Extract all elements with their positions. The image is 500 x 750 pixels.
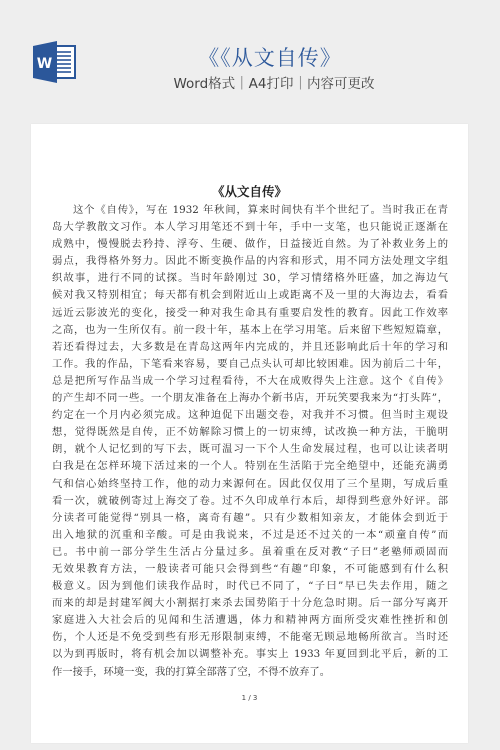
text-line: 工作。我的作品，下笔看来容易，要自己点头认可却比较困难。因为前后二十年， <box>52 356 448 373</box>
document-body: 这个《自传》，写在 1932 年秋间，算来时间快有半个世纪了。当时我正在青 岛大… <box>52 202 448 681</box>
text-line: 作一接手，环境一变，我的打算全部落了空，不得不放弃了。 <box>52 664 448 681</box>
page-title: 《《从文自传》 <box>0 42 500 72</box>
text-line: 织故事，进行不同的试探。当时年龄刚过 30，学习情绪格外旺盛，加之海边气 <box>52 270 448 287</box>
text-line: 而来的却是封建军阀大小割据打来杀去国势陷于十分危急时期。后一部分写离开 <box>52 595 448 612</box>
text-line: 以为到再版时，将有机会加以调整补充。事实上 1933 年夏回到北平后，新的工 <box>52 646 448 663</box>
text-line: 分读者可能觉得“别具一格，离奇有趣”。只有少数相知亲友，才能体会到近于 <box>52 510 448 527</box>
text-line: 已。书中前一部分学生生活占分量过多。虽着重在反对教“子曰”老塾师顽固而 <box>52 544 448 561</box>
text-line: 之高，也为一生所仅有。前一段十年，基本上在学习用笔。后来留下些短短篇章， <box>52 322 448 339</box>
text-line: 这个《自传》，写在 1932 年秋间，算来时间快有半个世纪了。当时我正在青 <box>52 202 448 219</box>
format-subtitle: Word格式｜A4打印｜内容可更改 <box>0 72 500 92</box>
document-title: 《从文自传》 <box>31 182 468 200</box>
text-line: 岛大学教散文习作。本人学习用笔还不到十年，手中一支笔，也只能说正逐渐在 <box>52 219 448 236</box>
text-line: 白我是在怎样环境下活过来的一个人。特别在生活陷于完全绝望中，还能充满勇 <box>52 458 448 475</box>
text-line: 约定在一个月内必须完成。这种迫促下出题交卷，对我并不习惯。但当时主观设 <box>52 407 448 424</box>
text-line: 弱点，我得格外努力。因此不断变换作品的内容和形式，用不同方法处理文字组 <box>52 253 448 270</box>
text-line: 气和信心始终坚持工作，他的动力来源何在。因此仅仅用了三个星期，写成后重 <box>52 476 448 493</box>
text-line: 的产生却不同一些。一个朋友准备在上海办个新书店，开玩笑要我来为“打头阵”， <box>52 390 448 407</box>
text-line: 看一次，就破例寄过上海交了卷。过不久印成单行本后，却得到些意外好评。部 <box>52 493 448 510</box>
text-line: 想，觉得既然是自传，正不妨解除习惯上的一切束缚，试改换一种方法，干脆明 <box>52 424 448 441</box>
document-page: 《从文自传》 这个《自传》，写在 1932 年秋间，算来时间快有半个世纪了。当时… <box>31 124 468 743</box>
text-line: 总是把所写作品当成一个学习过程看待，不大在成败得失上注意。这个《自传》 <box>52 373 448 390</box>
text-line: 出入地狱的沉重和辛酸。可是由我说来，不过是还不过关的一本“顽童自传”而 <box>52 527 448 544</box>
text-line: 家庭进入大社会后的见闻和生活遭遇，体力和精神两方面所受灾难性挫折和创 <box>52 612 448 629</box>
text-line: 成熟中，慢慢脱去矜持、浮夸、生硬、做作，日益接近自然。为了补救业务上的 <box>52 236 448 253</box>
text-line: 远近云影波光的变化，接受一种对我生命具有重要启发性的教育。因此工作效率 <box>52 305 448 322</box>
text-line: 朗，就个人记忆到的写下去，既可温习一下个人生命发展过程，也可以让读者明 <box>52 441 448 458</box>
text-line: 伤，个人还是不免受到些有形无形限制束缚，不能毫无顾忌地畅所欲言。当时还 <box>52 629 448 646</box>
text-line: 候对我又特别相宜；每天都有机会到附近山上或距离不及一里的大海边去，看看 <box>52 287 448 304</box>
text-line: 极意义。因为到他们读我作品时，时代已不同了，“子曰”早已失去作用，随之 <box>52 578 448 595</box>
text-line: 若还看得过去，大多数是在青岛这两年内完成的，并且还影响此后十年的学习和 <box>52 339 448 356</box>
header: W 《《从文自传》 Word格式｜A4打印｜内容可更改 <box>0 0 500 110</box>
text-line: 无效果教育方法，一般读者可能只会得到些“有趣”印象，不可能感到有什么积 <box>52 561 448 578</box>
page-number: 1 / 3 <box>31 694 468 702</box>
